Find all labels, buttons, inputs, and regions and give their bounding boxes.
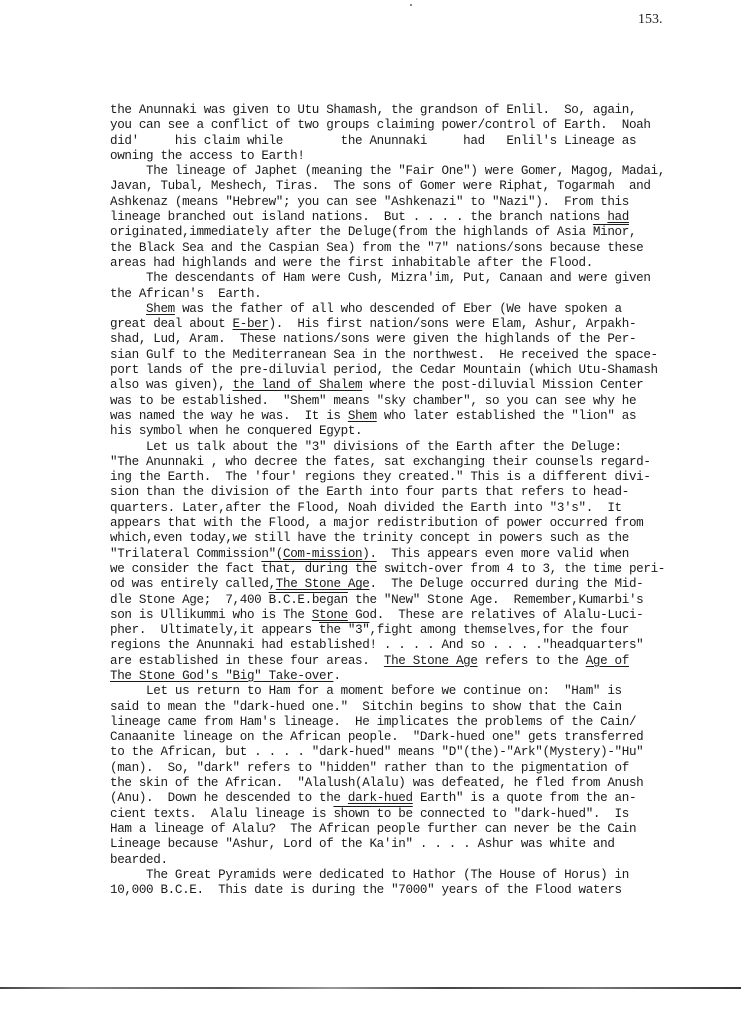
text-line: Javan, Tubal, Meshech, Tiras. The sons o… <box>110 179 690 194</box>
text-line: (Anu). Down he descended to the dark-hue… <box>110 791 690 806</box>
text-line: Lineage because "Ashur, Lord of the Ka'i… <box>110 837 690 852</box>
underlined-text: Stone <box>312 608 348 622</box>
underlined-text: The Stone God's "Big" Take-over <box>110 669 333 683</box>
text-line: also was given), the land of Shalem wher… <box>110 378 690 393</box>
text-line: shad, Lud, Aram. These nations/sons were… <box>110 332 690 347</box>
text-line: the Anunnaki was given to Utu Shamash, t… <box>110 103 690 118</box>
text-line: Shem was the father of all who descended… <box>110 302 690 317</box>
text-line: The Stone God's "Big" Take-over. <box>110 669 690 684</box>
overlined-text: B.C.E.began <box>269 593 348 607</box>
text-line: originated,immediately after the Deluge(… <box>110 225 690 240</box>
text-line: owning the access to Earth! <box>110 149 690 164</box>
text-line: pher. Ultimately,it appears the "3",figh… <box>110 623 690 638</box>
text-line: Ham a lineage of Alalu? The African peop… <box>110 822 690 837</box>
overlined-text: the "3" <box>319 623 369 637</box>
text-line: son is Ullikummi who is The Stone God. T… <box>110 608 690 623</box>
text-line: Canaanite lineage on the African people.… <box>110 730 690 745</box>
text-line: quarters. Later,after the Flood, Noah di… <box>110 501 690 516</box>
underlined-text: The Stone Age <box>276 577 370 591</box>
text-line: ing the Earth. The 'four' regions they c… <box>110 470 690 485</box>
overlined-text: that, during the <box>261 562 376 576</box>
text-line: (man). So, "dark" refers to "hidden" rat… <box>110 761 690 776</box>
text-line: Ashkenaz (means "Hebrew"; you can see "A… <box>110 195 690 210</box>
text-line: Let us talk about the "3" divisions of t… <box>110 440 690 455</box>
underlined-text: E-ber <box>233 317 269 331</box>
text-line: cient texts. Alalu lineage is shown to b… <box>110 807 690 822</box>
text-line: you can see a conflict of two groups cla… <box>110 118 690 133</box>
text-line: great deal about E-ber). His first natio… <box>110 317 690 332</box>
text-line: did' his claim while the Anunnaki had En… <box>110 134 690 149</box>
bottom-rule <box>0 987 741 989</box>
text-line: which,even today,we still have the trini… <box>110 531 690 546</box>
text-line: the African's Earth. <box>110 287 690 302</box>
underlined-text: Shem <box>146 302 175 316</box>
text-line: appears that with the Flood, a major red… <box>110 516 690 531</box>
text-line: sion than the division of the Earth into… <box>110 485 690 500</box>
underlined-text: had <box>607 210 629 224</box>
text-line: 10,000 B.C.E. This date is during the "7… <box>110 883 690 898</box>
text-line: said to mean the "dark-hued one." Sitchi… <box>110 700 690 715</box>
underlined-text: dark-hued <box>348 791 413 805</box>
text-line: was to be established. "Shem" means "sky… <box>110 394 690 409</box>
scan-speck <box>410 4 412 6</box>
text-line: his symbol when he conquered Egypt. <box>110 424 690 439</box>
overlined-text: Minor <box>593 225 629 239</box>
text-line: regions the Anunnaki had established! . … <box>110 638 690 653</box>
page-number: 153. <box>638 12 663 28</box>
text-line: the skin of the African. "Alalush(Alalu)… <box>110 776 690 791</box>
text-line: port lands of the pre-diluvial period, t… <box>110 363 690 378</box>
underlined-text: Age of <box>586 654 629 668</box>
underlined-text: Com-mission <box>283 547 362 561</box>
text-line: to the African, but . . . . "dark-hued" … <box>110 745 690 760</box>
text-line: we consider the fact that, during the sw… <box>110 562 690 577</box>
text-line: "The Anunnaki , who decree the fates, sa… <box>110 455 690 470</box>
underlined-text: Shem <box>348 409 377 423</box>
text-line: sian Gulf to the Mediterranean Sea in th… <box>110 348 690 363</box>
underlined-text: The Stone Age <box>384 654 478 668</box>
text-line: od was entirely called,The Stone Age. Th… <box>110 577 690 592</box>
body-text: the Anunnaki was given to Utu Shamash, t… <box>110 103 690 898</box>
text-line: lineage branched out island nations. But… <box>110 210 690 225</box>
text-line: the Black Sea and the Caspian Sea) from … <box>110 241 690 256</box>
text-line: lineage came from Ham's lineage. He impl… <box>110 715 690 730</box>
text-line: The lineage of Japhet (meaning the "Fair… <box>110 164 690 179</box>
text-line: was named the way he was. It is Shem who… <box>110 409 690 424</box>
text-line: Let us return to Ham for a moment before… <box>110 684 690 699</box>
text-line: The descendants of Ham were Cush, Mizra'… <box>110 271 690 286</box>
overlined-text: shown to be <box>333 807 412 821</box>
text-line: The Great Pyramids were dedicated to Hat… <box>110 868 690 883</box>
text-line: "Trilateral Commission"(Com-mission). Th… <box>110 547 690 562</box>
underlined-text: the land of Shalem <box>233 378 363 392</box>
text-line: bearded. <box>110 853 690 868</box>
text-line: are established in these four areas. The… <box>110 654 690 669</box>
text-line: areas had highlands and were the first i… <box>110 256 690 271</box>
text-line: dle Stone Age; 7,400 B.C.E.began the "Ne… <box>110 593 690 608</box>
